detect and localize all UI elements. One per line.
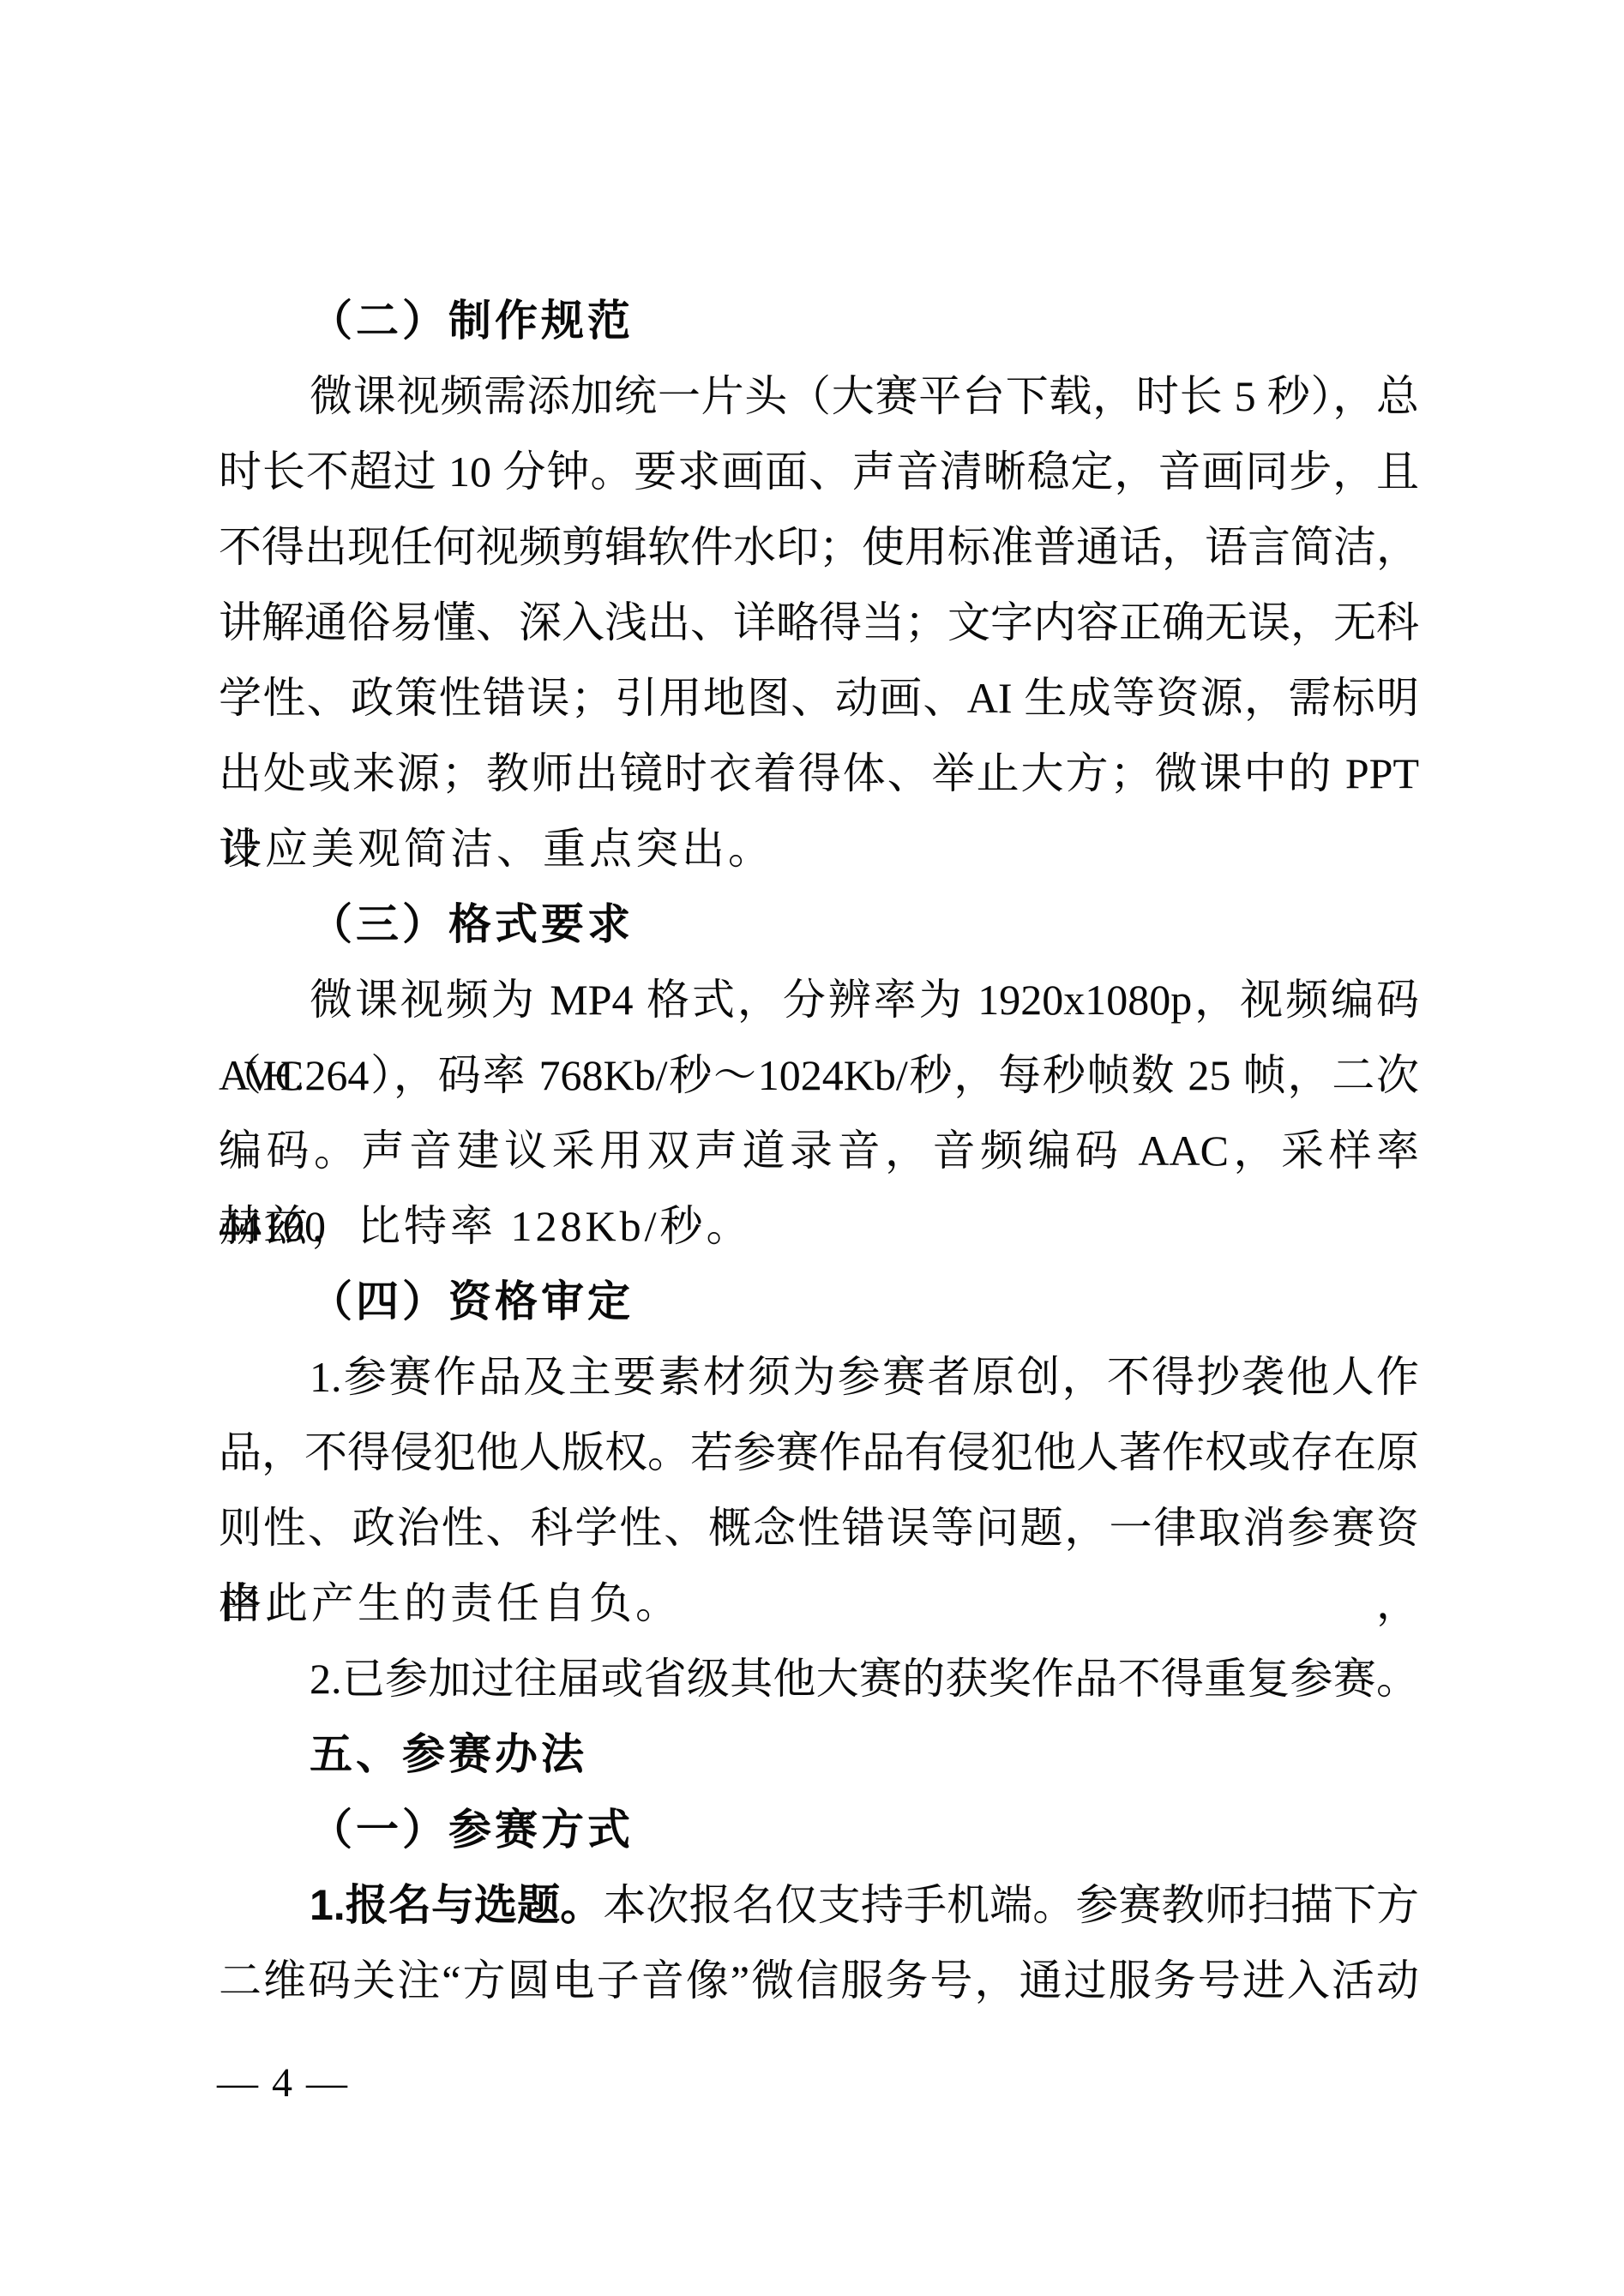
text-line: 讲解通俗易懂、深入浅出、详略得当；文字内容正确无误，无科: [219, 585, 1419, 660]
text-line: 时长不超过 10 分钟。要求画面、声音清晰稳定，音画同步，且: [219, 434, 1419, 509]
page-number: — 4 —: [217, 2046, 349, 2121]
heading-participation-mode: （一）参赛方式: [219, 1792, 1419, 1867]
text-line: 1.报名与选题。本次报名仅支持手机端。参赛教师扫描下方: [219, 1867, 1419, 1943]
text-line: 学性、政策性错误；引用地图、动画、AI 生成等资源，需标明: [219, 660, 1419, 736]
text-line: 则性、政治性、科学性、概念性错误等问题，一律取消参赛资格，: [219, 1490, 1419, 1566]
text-line: 不得出现任何视频剪辑软件水印；使用标准普通话，语言简洁，: [219, 509, 1419, 585]
heading-production-specs: （二）制作规范: [219, 283, 1419, 358]
text-line: 2.已参加过往届或省级其他大赛的获奖作品不得重复参赛。: [219, 1641, 1419, 1716]
text-line: 出处或来源；教师出镜时衣着得体、举止大方；微课中的 PPT 设: [219, 736, 1419, 811]
text-line: 编码。声音建议采用双声道录音，音频编码 AAC，采样率 44100: [219, 1113, 1419, 1188]
text-line: 赫兹，比特率 128Kb/秒。: [219, 1188, 1419, 1264]
text-line: 微课视频需添加统一片头（大赛平台下载，时长 5 秒），总: [219, 358, 1419, 434]
text-line: （H.264），码率 768Kb/秒～1024Kb/秒，每秒帧数 25 帧，二次: [219, 1037, 1419, 1113]
heading-qualification-review: （四）资格审定: [219, 1264, 1419, 1339]
text-line: 1.参赛作品及主要素材须为参赛者原创，不得抄袭他人作: [219, 1339, 1419, 1415]
text-line: 微课视频为 MP4 格式，分辨率为 1920x1080p，视频编码 AVC: [219, 962, 1419, 1037]
text-run: 本次报名仅支持手机端。参赛教师扫描下方: [603, 1881, 1419, 1929]
heading-participation-method: 五、参赛办法: [219, 1716, 1419, 1792]
heading-format-requirements: （三）格式要求: [219, 887, 1419, 962]
text-line: 品，不得侵犯他人版权。若参赛作品有侵犯他人著作权或存在原: [219, 1415, 1419, 1490]
bold-run-registration-topic: 1.报名与选题。: [310, 1881, 603, 1929]
text-line: 二维码关注“方圆电子音像”微信服务号，通过服务号进入活动: [219, 1943, 1419, 2018]
document-page: （二）制作规范 微课视频需添加统一片头（大赛平台下载，时长 5 秒），总 时长不…: [0, 0, 1624, 2296]
text-line: 计应美观简洁、重点突出。: [219, 811, 1419, 887]
document-text-block: （二）制作规范 微课视频需添加统一片头（大赛平台下载，时长 5 秒），总 时长不…: [219, 283, 1419, 2018]
